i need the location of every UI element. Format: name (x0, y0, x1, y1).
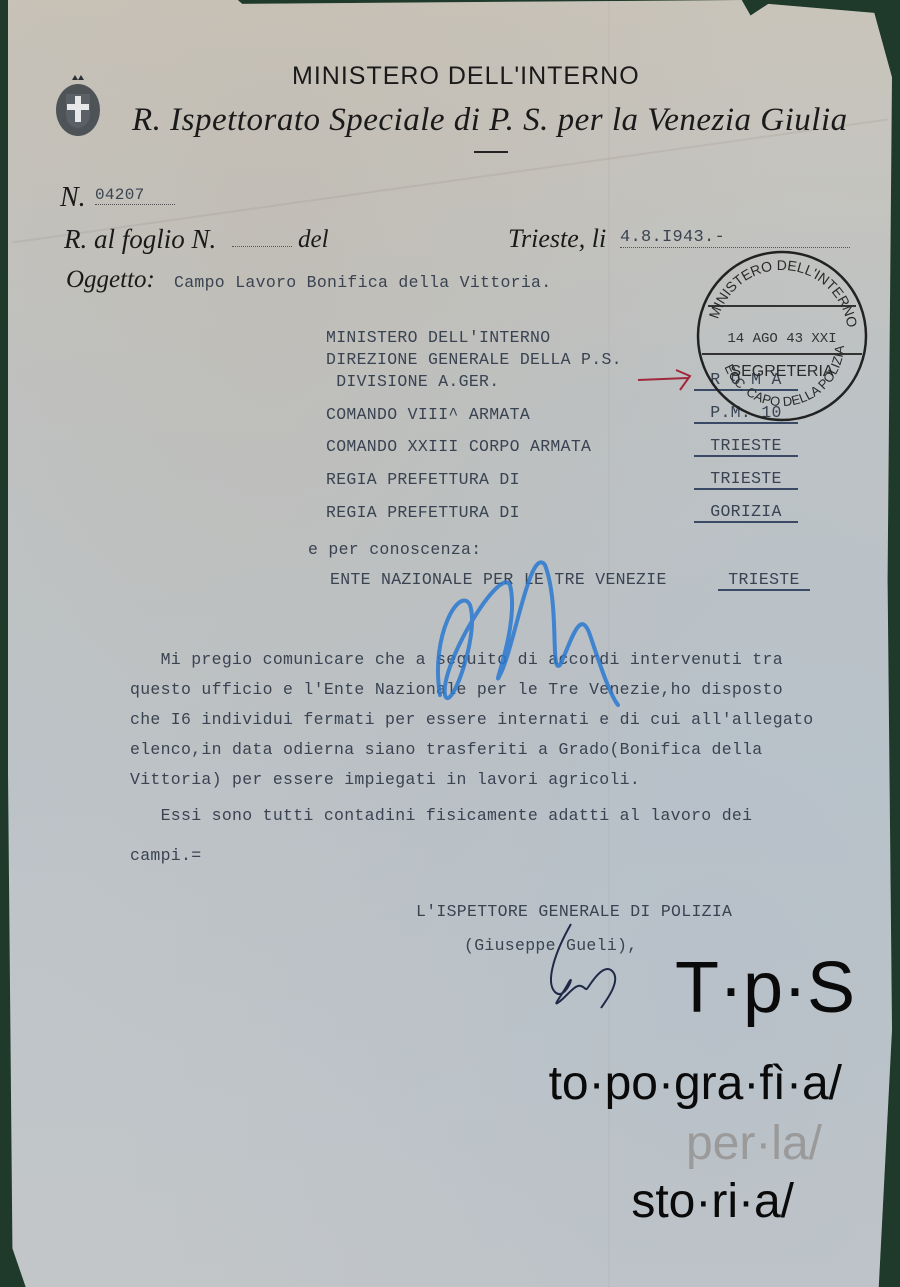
tps-logo-line-storia: sto·ri·a/ (631, 1176, 794, 1228)
savoy-coat-of-arms-icon (52, 74, 104, 140)
recipient-name: COMANDO XXIII CORPO ARMATA (326, 437, 591, 456)
signature-title: L'ISPETTORE GENERALE DI POLIZIA (416, 902, 732, 921)
recipient-name: REGIA PREFETTURA DI (326, 503, 520, 522)
recipient-place: TRIESTE (694, 469, 798, 490)
red-arrow-annotation (636, 366, 696, 392)
recipient-name: DIVISIONE A.GER. (326, 372, 499, 391)
secretariat-stamp: MINISTERO DELL'INTERNO ECC. CAPO DELLA P… (694, 248, 870, 424)
heading-divider (474, 151, 508, 153)
ministry-heading: MINISTERO DELL'INTERNO (292, 62, 640, 91)
subject-label: Oggetto: (66, 266, 155, 294)
tps-logo-title: T·p·S (675, 952, 855, 1024)
stamp-middle-text: SEGRETERIA (730, 363, 833, 380)
place-label: Trieste, li (508, 224, 606, 254)
cc-place: TRIESTE (718, 570, 810, 591)
reply-number-field (232, 246, 292, 247)
body-line: Essi sono tutti contadini fisicamente ad… (130, 806, 752, 825)
stamp-date: 14 AGO 43 XXI (727, 331, 836, 347)
reply-del-label: del (298, 226, 329, 254)
blue-pencil-scribble (420, 545, 620, 725)
subject-text: Campo Lavoro Bonifica della Vittoria. (174, 273, 551, 292)
recipient-name: DIREZIONE GENERALE DELLA P.S. (326, 350, 622, 369)
body-line: elenco,in data odierna siano trasferiti … (130, 740, 763, 759)
office-heading: R. Ispettorato Speciale di P. S. per la … (132, 102, 848, 139)
stamp-top-text: MINISTERO DELL'INTERNO (706, 257, 861, 329)
svg-text:MINISTERO DELL'INTERNO: MINISTERO DELL'INTERNO (706, 257, 861, 329)
recipient-place: GORIZIA (694, 502, 798, 523)
protocol-number: 04207 (95, 186, 175, 205)
body-line: campi.= (130, 846, 201, 865)
handwritten-signature (545, 922, 625, 1012)
reply-label: R. al foglio N. (64, 224, 216, 255)
document-date: 4.8.I943.- (620, 228, 850, 248)
recipient-name: REGIA PREFETTURA DI (326, 470, 520, 489)
recipient-place: TRIESTE (694, 436, 798, 457)
tps-logo-line-topografia: to·po·gra·fì·a/ (549, 1058, 842, 1110)
tps-logo-line-perla: per·la/ (686, 1118, 822, 1170)
recipient-name: MINISTERO DELL'INTERNO (326, 328, 550, 347)
body-line: Vittoria) per essere impiegati in lavori… (130, 770, 640, 789)
recipient-name: COMANDO VIII^ ARMATA (326, 405, 530, 424)
number-label: N. (60, 182, 86, 214)
